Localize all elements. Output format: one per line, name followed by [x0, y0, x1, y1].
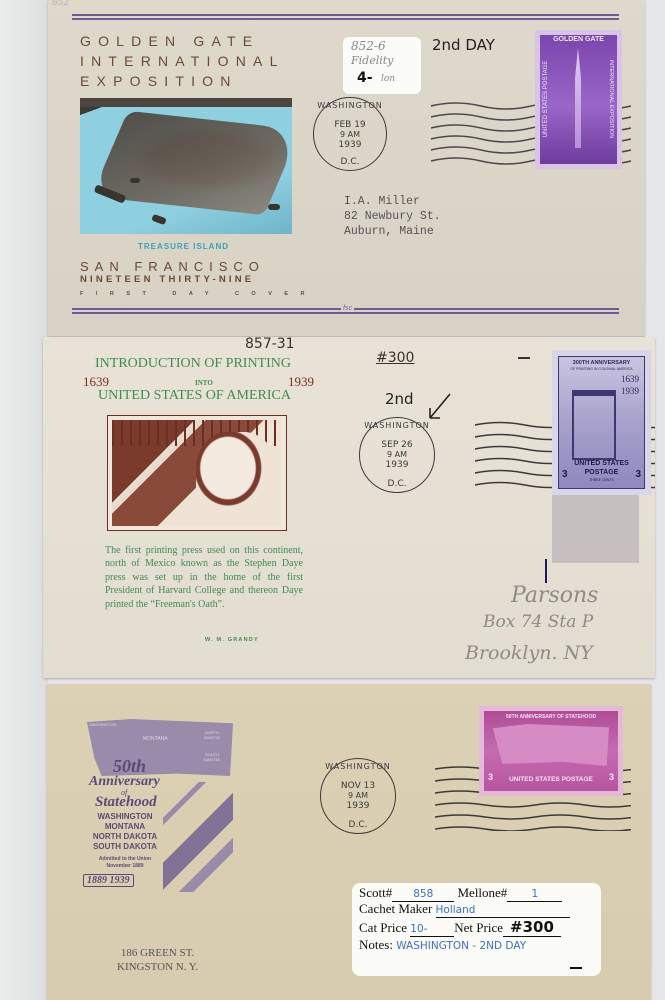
- recipient-address: I.A. Miller 82 Newbury St. Auburn, Maine: [344, 194, 441, 239]
- scanner-background: [0, 0, 48, 1000]
- dealer-sticker: 852-6 Fidelity 4- lon: [343, 37, 421, 94]
- dealer-info-card: Scott#858 Mellone#1 Cachet Maker Holland…: [352, 883, 601, 976]
- postmark: WASHINGTON NOV 13 9 AM 1939 D.C.: [320, 758, 396, 834]
- cachet-title-line: INTERNATIONAL: [80, 53, 285, 69]
- arrow-icon: [426, 392, 454, 422]
- cachet-artist: W. M. GRANDY: [205, 637, 259, 643]
- pencil-address-line: Box 74 Sta P: [483, 612, 593, 632]
- cachet-title: INTRODUCTION OF PRINTING: [95, 356, 291, 372]
- maker-mark: fsc: [341, 305, 354, 312]
- treasure-island-illustration: [80, 98, 292, 234]
- printer-woodcut-illustration: [107, 415, 287, 531]
- cover-printing-tercentenary[interactable]: 857-31 #300 INTRODUCTION OF PRINTING 163…: [43, 337, 655, 678]
- stamp-printing: 300TH ANNIVERSARY OF PRINTING IN COLONIA…: [552, 350, 651, 495]
- cachet-year-right: 1939: [288, 374, 314, 390]
- pencil-address-line: Parsons: [511, 583, 598, 608]
- handwritten-annotation: 2nd: [385, 390, 414, 408]
- cachet-year-text: NINETEEN THIRTY-NINE: [80, 274, 254, 285]
- stamp-golden-gate: GOLDEN GATE UNITED STATES POSTAGE INTERN…: [535, 30, 622, 169]
- postmark: WASHINGTON SEP 26 9 AM 1939 D.C.: [359, 417, 435, 493]
- stamp-statehood: 50TH ANNIVERSARY OF STATEHOOD UNITED STA…: [479, 706, 623, 796]
- cachet-title-line: GOLDEN GATE: [80, 33, 259, 49]
- cover-statehood-anniversary[interactable]: WASHINGTON MONTANA NORTH DAKOTA SOUTH DA…: [47, 684, 651, 1000]
- handwritten-price: #300: [376, 350, 414, 366]
- cachet-subtitle: UNITED STATES OF AMERICA: [98, 388, 291, 404]
- pencil-address-line: Brooklyn. NY: [465, 642, 593, 664]
- postmark: WASHINGTON FEB 19 9 AM 1939 D.C.: [313, 97, 387, 171]
- first-day-cover-label: FIRST DAY COVER: [80, 291, 317, 297]
- cachet-paragraph: The first printing press used on this co…: [105, 544, 303, 611]
- states-list: WASHINGTON MONTANA NORTH DAKOTA SOUTH DA…: [85, 812, 165, 852]
- selvage-stub: [552, 495, 639, 563]
- handwritten-id-note: 857-31: [245, 336, 295, 352]
- pencil-id-note: 852: [52, 0, 69, 8]
- cachet-into: INTO: [195, 379, 213, 387]
- statehood-cachet: WASHINGTON MONTANA NORTH DAKOTA SOUTH DA…: [77, 712, 237, 892]
- handwritten-annotation: 2nd DAY: [432, 36, 495, 54]
- cachet-title-line: EXPOSITION: [80, 73, 238, 89]
- cover-golden-gate[interactable]: 852 GOLDEN GATE INTERNATIONAL EXPOSITION…: [48, 0, 645, 336]
- cachet-city: SAN FRANCISCO: [80, 259, 265, 274]
- picture-caption: TREASURE ISLAND: [138, 242, 229, 251]
- return-address: 186 GREEN ST. KINGSTON N. Y.: [117, 946, 198, 974]
